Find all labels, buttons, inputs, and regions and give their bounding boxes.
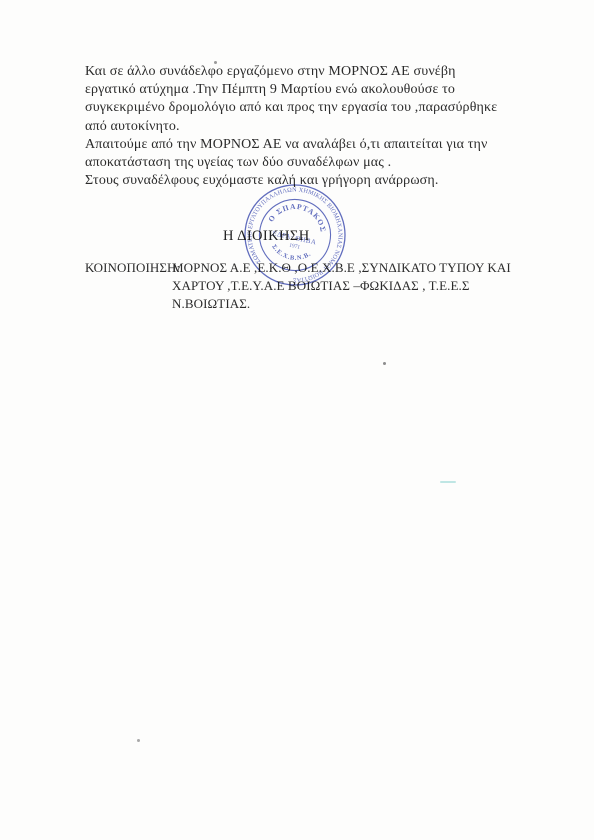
body-line: Στους συναδέλφους ευχόμαστε καλή και γρή… [85,172,505,190]
signature-heading: Η ΔΙΟΙΚΗΣΗ [223,228,310,245]
scan-speck [137,739,140,742]
body-line: αποκατάσταση της υγείας των δύο συναδέλφ… [85,154,505,172]
scan-speck [440,481,456,483]
body-line: από αυτοκίνητο. [85,118,505,136]
body-line: συγκεκριμένο δρομολόγιο από και προς την… [85,99,505,117]
distribution-line: ΧΑΡΤΟΥ ,Τ.Ε.Υ.Α.Ε ΒΟΙΩΤΙΑΣ –ΦΩΚΙΔΑΣ , Τ.… [172,277,511,295]
scan-speck [214,61,217,64]
scanned-letter-page: Και σε άλλο συνάδελφο εργαζόμενο στην ΜΟ… [0,0,594,840]
distribution-line: Ν.ΒΟΙΩΤΙΑΣ. [172,295,511,313]
letter-body: Και σε άλλο συνάδελφο εργαζόμενο στην ΜΟ… [85,63,505,190]
body-line: Και σε άλλο συνάδελφο εργαζόμενο στην ΜΟ… [85,63,505,81]
distribution-label: ΚΟΙΝΟΠΟΙΗΣΗ: [85,259,180,277]
distribution-line: ΜΟΡΝΟΣ Α.Ε ,Ε.Κ.Θ ,Ο.Ε.Χ.Β.Ε ,ΣΥΝΔΙΚΑΤΟ … [172,259,511,277]
body-line: Απαιτούμε από την ΜΟΡΝΟΣ ΑΕ να αναλάβει … [85,136,505,154]
scan-speck [383,362,386,365]
body-line: εργατικό ατύχημα .Την Πέμπτη 9 Μαρτίου ε… [85,81,505,99]
distribution-lines: ΜΟΡΝΟΣ Α.Ε ,Ε.Κ.Θ ,Ο.Ε.Χ.Β.Ε ,ΣΥΝΔΙΚΑΤΟ … [172,259,511,313]
